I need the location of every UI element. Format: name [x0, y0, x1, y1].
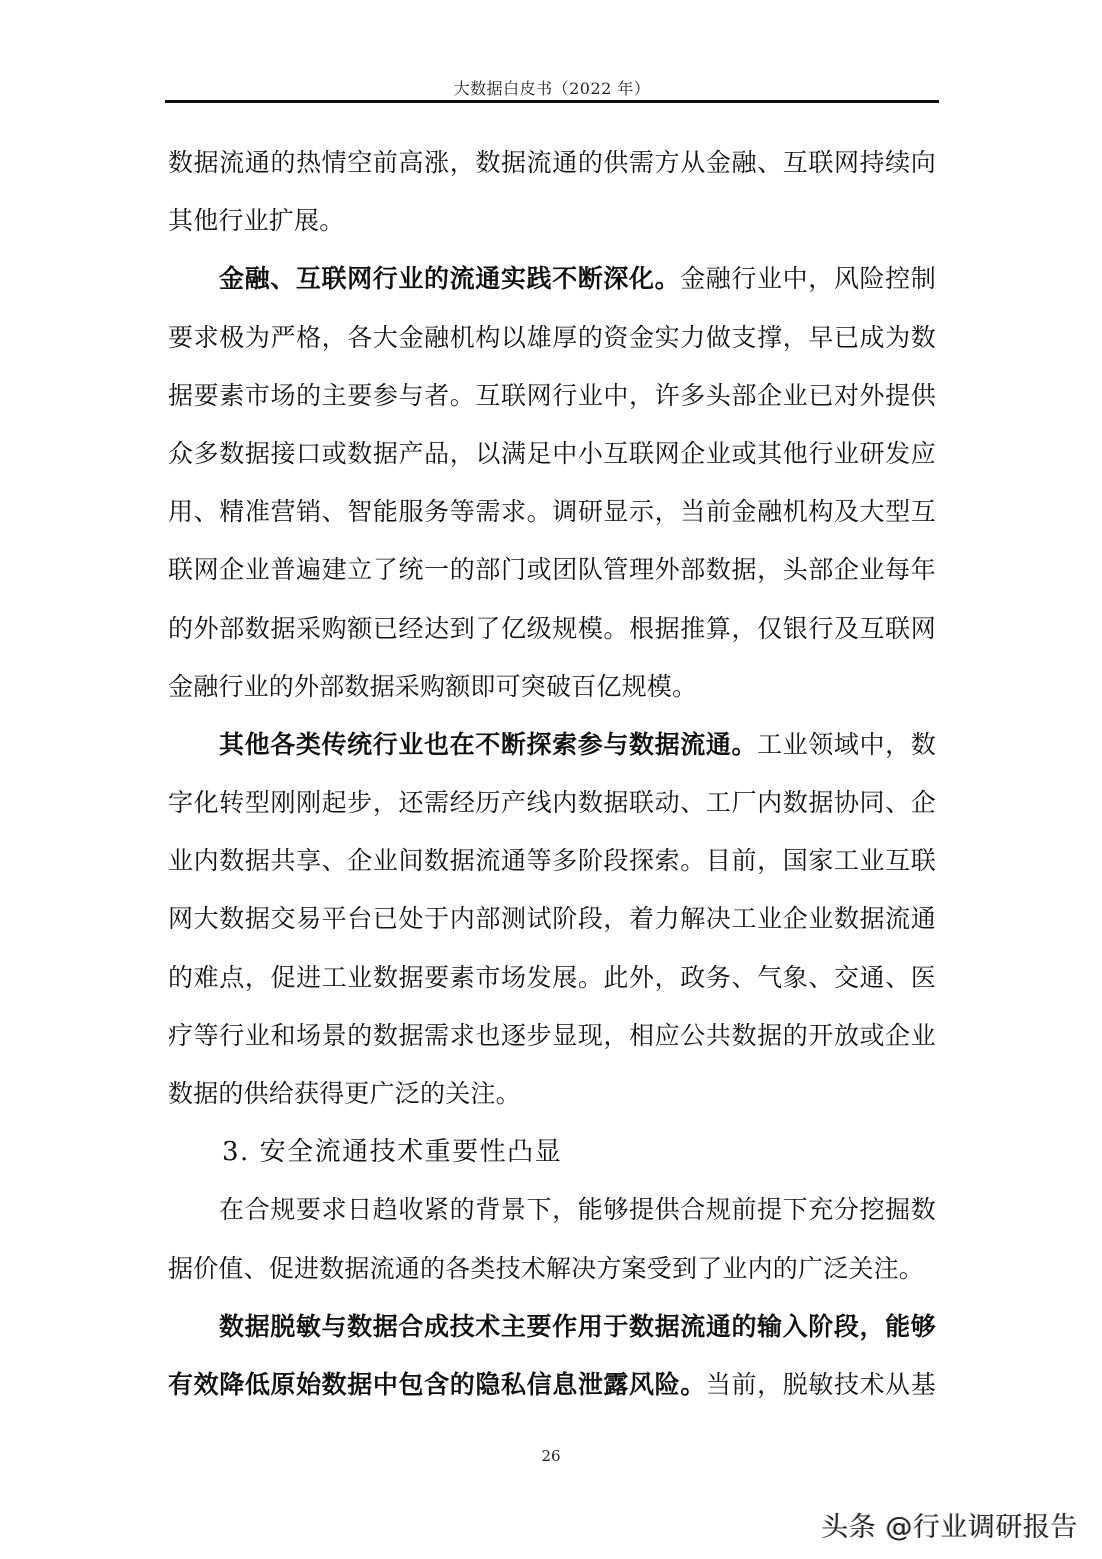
text-line: 疗等行业和场景的数据需求也逐步显现，相应公共数据的开放或企业: [168, 1011, 936, 1069]
paragraph-lead-bold: 金融、互联网行业的流通实践不断深化。: [219, 264, 680, 293]
text-line: 有效降低原始数据中包含的隐私信息泄露风险。当前，脱敏技术从基: [168, 1360, 936, 1418]
paragraph-bold-span: 有效降低原始数据中包含的隐私信息泄露风险。: [168, 1370, 706, 1399]
paragraph-data-circulation-enthusiasm: 数据流通的热情空前高涨，数据流通的供需方从金融、互联网持续向 其他行业扩展。: [168, 138, 936, 254]
paragraph-finance-internet: 金融、互联网行业的流通实践不断深化。金融行业中，风险控制 要求极为严格，各大金融…: [168, 254, 936, 720]
page-number: 26: [0, 1447, 1102, 1465]
text-line: 其他行业扩展。: [168, 196, 936, 254]
running-header: 大数据白皮书（2022 年）: [165, 76, 939, 99]
text-span: 金融行业中，风险控制: [680, 264, 936, 293]
paragraph-desensitization: 数据脱敏与数据合成技术主要作用于数据流通的输入阶段，能够 有效降低原始数据中包含…: [168, 1302, 936, 1418]
text-line: 金融、互联网行业的流通实践不断深化。金融行业中，风险控制: [168, 254, 936, 312]
header-divider: [165, 100, 939, 103]
text-line: 金融行业的外部数据采购额即可突破百亿规模。: [168, 662, 936, 720]
watermark: 头条 @行业调研报告: [821, 1505, 1078, 1544]
document-body: 数据流通的热情空前高涨，数据流通的供需方从金融、互联网持续向 其他行业扩展。 金…: [168, 138, 936, 1418]
paragraph-traditional-industries: 其他各类传统行业也在不断探索参与数据流通。工业领域中，数 字化转型刚刚起步，还需…: [168, 720, 936, 1127]
section-heading: 3. 安全流通技术重要性凸显: [168, 1127, 936, 1185]
text-line: 网大数据交易平台已处于内部测试阶段，着力解决工业企业数据流通: [168, 894, 936, 952]
text-line: 其他各类传统行业也在不断探索参与数据流通。工业领域中，数: [168, 720, 936, 778]
text-line: 众多数据接口或数据产品，以满足中小互联网企业或其他行业研发应: [168, 429, 936, 487]
text-line: 业内数据共享、企业间数据流通等多阶段探索。目前，国家工业互联: [168, 836, 936, 894]
text-line: 字化转型刚刚起步，还需经历产线内数据联动、工厂内数据协同、企: [168, 778, 936, 836]
text-line: 数据脱敏与数据合成技术主要作用于数据流通的输入阶段，能够: [168, 1302, 936, 1360]
text-line: 的难点，促进工业数据要素市场发展。此外，政务、气象、交通、医: [168, 953, 936, 1011]
text-span: 工业领域中，数: [757, 730, 936, 759]
text-span: 当前，脱敏技术从基: [706, 1370, 936, 1399]
text-line: 用、精准营销、智能服务等需求。调研显示，当前金融机构及大型互: [168, 487, 936, 545]
text-line: 据价值、促进数据流通的各类技术解决方案受到了业内的广泛关注。: [168, 1244, 936, 1302]
paragraph-lead-bold: 其他各类传统行业也在不断探索参与数据流通。: [219, 730, 757, 759]
paragraph-compliance-tech: 在合规要求日趋收紧的背景下，能够提供合规前提下充分挖掘数 据价值、促进数据流通的…: [168, 1185, 936, 1301]
text-line: 要求极为严格，各大金融机构以雄厚的资金实力做支撑，早已成为数: [168, 313, 936, 371]
text-line: 数据的供给获得更广泛的关注。: [168, 1069, 936, 1127]
text-line: 在合规要求日趋收紧的背景下，能够提供合规前提下充分挖掘数: [168, 1185, 936, 1243]
text-line: 据要素市场的主要参与者。互联网行业中，许多头部企业已对外提供: [168, 371, 936, 429]
text-line: 的外部数据采购额已经达到了亿级规模。根据推算，仅银行及互联网: [168, 604, 936, 662]
text-line: 数据流通的热情空前高涨，数据流通的供需方从金融、互联网持续向: [168, 138, 936, 196]
text-line: 联网企业普遍建立了统一的部门或团队管理外部数据，头部企业每年: [168, 545, 936, 603]
